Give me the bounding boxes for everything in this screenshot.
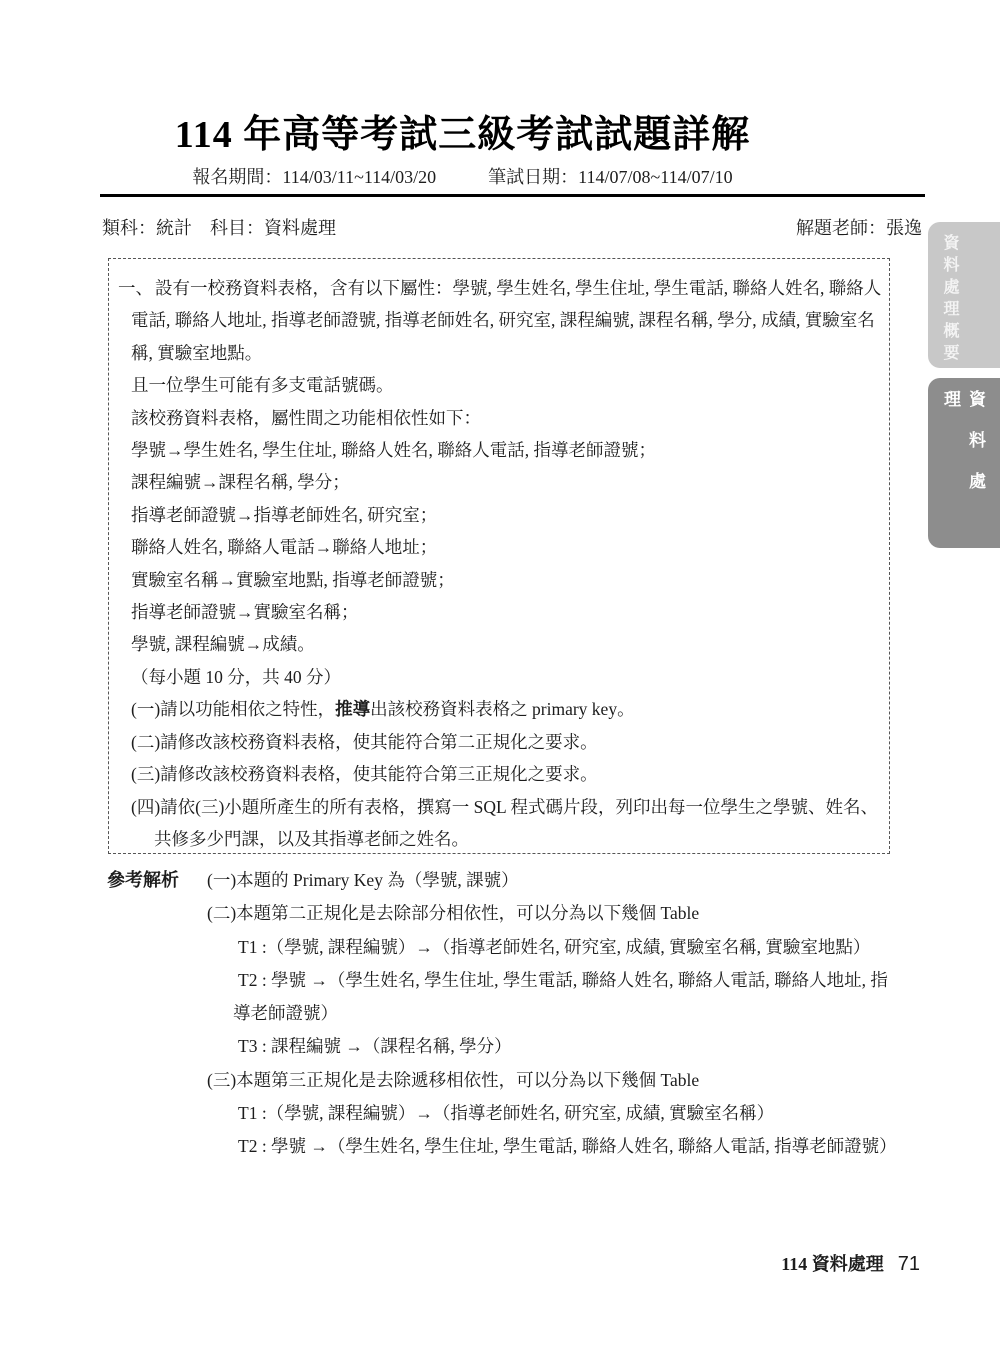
question-line: 且一位學生可能有多支電話號碼。 [131,369,885,401]
question-line: 實驗室名稱→實驗室地點, 指導老師證號； [131,564,885,596]
question-line: 指導老師證號→實驗室名稱； [131,596,885,628]
question-points: （每小題 10 分，共 40 分） [131,661,885,693]
subquestion-text: 請修改該校務資料表格，使其能符合第三正規化之要求。 [160,764,598,784]
table-decomposition: T3 : 課程編號 →（課程名稱, 學分） [233,1030,902,1063]
solution-section: 參考解析 (一)本題的 Primary Key 為（學號, 課號） (二)本題第… [107,864,902,1164]
thumb-tab-overview: 資料處理概要 [928,222,1000,368]
subquestion-3: (三)請修改該校務資料表格，使其能符合第三正規化之要求。 [131,758,885,790]
solution-item-2: (二)本題第二正規化是去除部分相依性，可以分為以下幾個 Table [207,897,902,930]
subquestion-marker: (四) [131,797,160,817]
solution-item-3: (三)本題第三正規化是去除遞移相依性，可以分為以下幾個 Table [207,1064,902,1097]
solution-content: (一)本題的 Primary Key 為（學號, 課號） (二)本題第二正規化是… [207,864,902,1164]
subquestion-marker: (三) [131,764,160,784]
question-line: 指導老師證號→指導老師姓名, 研究室； [131,499,885,531]
book-page: 114 年高等考試三級考試試題詳解 報名期間：114/03/11~114/03/… [0,0,1000,1353]
written-exam-date: 筆試日期：114/07/08~114/07/10 [488,163,732,189]
page-footer: 114 資料處理 71 [781,1250,920,1276]
page-title: 114 年高等考試三級考試試題詳解 [0,103,925,158]
category-subject: 類科：統計 科目：資料處理 [102,214,336,240]
table-decomposition: T1 :（學號, 課程編號）→（指導老師姓名, 研究室, 成績, 實驗室名稱） [233,1097,902,1130]
subquestion-1: (一)請以功能相依之特性，推導出該校務資料表格之 primary key。 [131,693,885,725]
solution-item-text: 本題第三正規化是去除遞移相依性，可以分為以下幾個 Table [236,1070,699,1090]
subquestion-text: 請修改該校務資料表格，使其能符合第二正規化之要求。 [160,732,598,752]
exam-dates-row: 報名期間：114/03/11~114/03/20 筆試日期：114/07/08~… [0,163,925,189]
question-line: 該校務資料表格，屬性間之功能相依性如下： [131,402,885,434]
table-decomposition: T2 : 學號 →（學生姓名, 學生住址, 學生電話, 聯絡人姓名, 聯絡人電話… [233,1130,902,1163]
footer-page-number: 71 [898,1253,920,1276]
subquestion-marker: (二) [131,732,160,752]
question-box: 一、設有一校務資料表格，含有以下屬性：學號, 學生姓名, 學生住址, 學生電話,… [108,258,890,854]
header-divider [100,194,925,197]
solution-item-marker: (二) [207,903,236,923]
subquestion-text: 請依(三)小題所產生的所有表格，撰寫一 SQL 程式碼片段，列印出每一位學生之學… [154,797,878,849]
subquestion-marker: (一) [131,699,160,719]
question-line: 學號→學生姓名, 學生住址, 聯絡人姓名, 聯絡人電話, 指導老師證號； [131,434,885,466]
thumb-tab-data-processing: 資料處理 [928,378,1000,548]
question-line: 聯絡人姓名, 聯絡人電話→聯絡人地址； [131,531,885,563]
meta-row: 類科：統計 科目：資料處理 解題老師：張逸 [102,214,922,240]
thumb-tab-data-processing-label: 資料處理 [938,390,988,548]
question-intro-text: 設有一校務資料表格，含有以下屬性：學號, 學生姓名, 學生住址, 學生電話, 聯… [131,278,881,363]
subquestion-text: 出該校務資料表格之 primary key。 [370,699,634,719]
question-intro: 一、設有一校務資料表格，含有以下屬性：學號, 學生姓名, 學生住址, 學生電話,… [131,272,885,369]
footer-book-title: 114 資料處理 [781,1250,884,1276]
registration-period: 報名期間：114/03/11~114/03/20 [192,163,436,189]
solution-teacher: 解題老師：張逸 [796,214,922,240]
subquestion-4: (四)請依(三)小題所產生的所有表格，撰寫一 SQL 程式碼片段，列印出每一位學… [131,791,885,856]
table-decomposition: T2 : 學號 →（學生姓名, 學生住址, 學生電話, 聯絡人姓名, 聯絡人電話… [233,964,902,1031]
table-decomposition: T1 :（學號, 課程編號）→（指導老師姓名, 研究室, 成績, 實驗室名稱, … [233,931,902,964]
solution-item-marker: (一) [207,870,236,890]
question-line: 學號, 課程編號→成績。 [131,628,885,660]
solution-item-text: 本題的 Primary Key 為（學號, 課號） [236,870,518,890]
subquestion-bold-text: 推導 [335,699,370,719]
question-number: 一、 [118,272,155,304]
thumb-tab-overview-label: 資料處理概要 [938,234,961,366]
solution-item-marker: (三) [207,1070,236,1090]
solution-item-1: (一)本題的 Primary Key 為（學號, 課號） [207,864,902,897]
subquestion-2: (二)請修改該校務資料表格，使其能符合第二正規化之要求。 [131,726,885,758]
question-line: 課程編號→課程名稱, 學分； [131,466,885,498]
subquestion-text: 請以功能相依之特性， [160,699,335,719]
solution-label: 參考解析 [107,864,207,1164]
solution-item-text: 本題第二正規化是去除部分相依性，可以分為以下幾個 Table [236,903,699,923]
